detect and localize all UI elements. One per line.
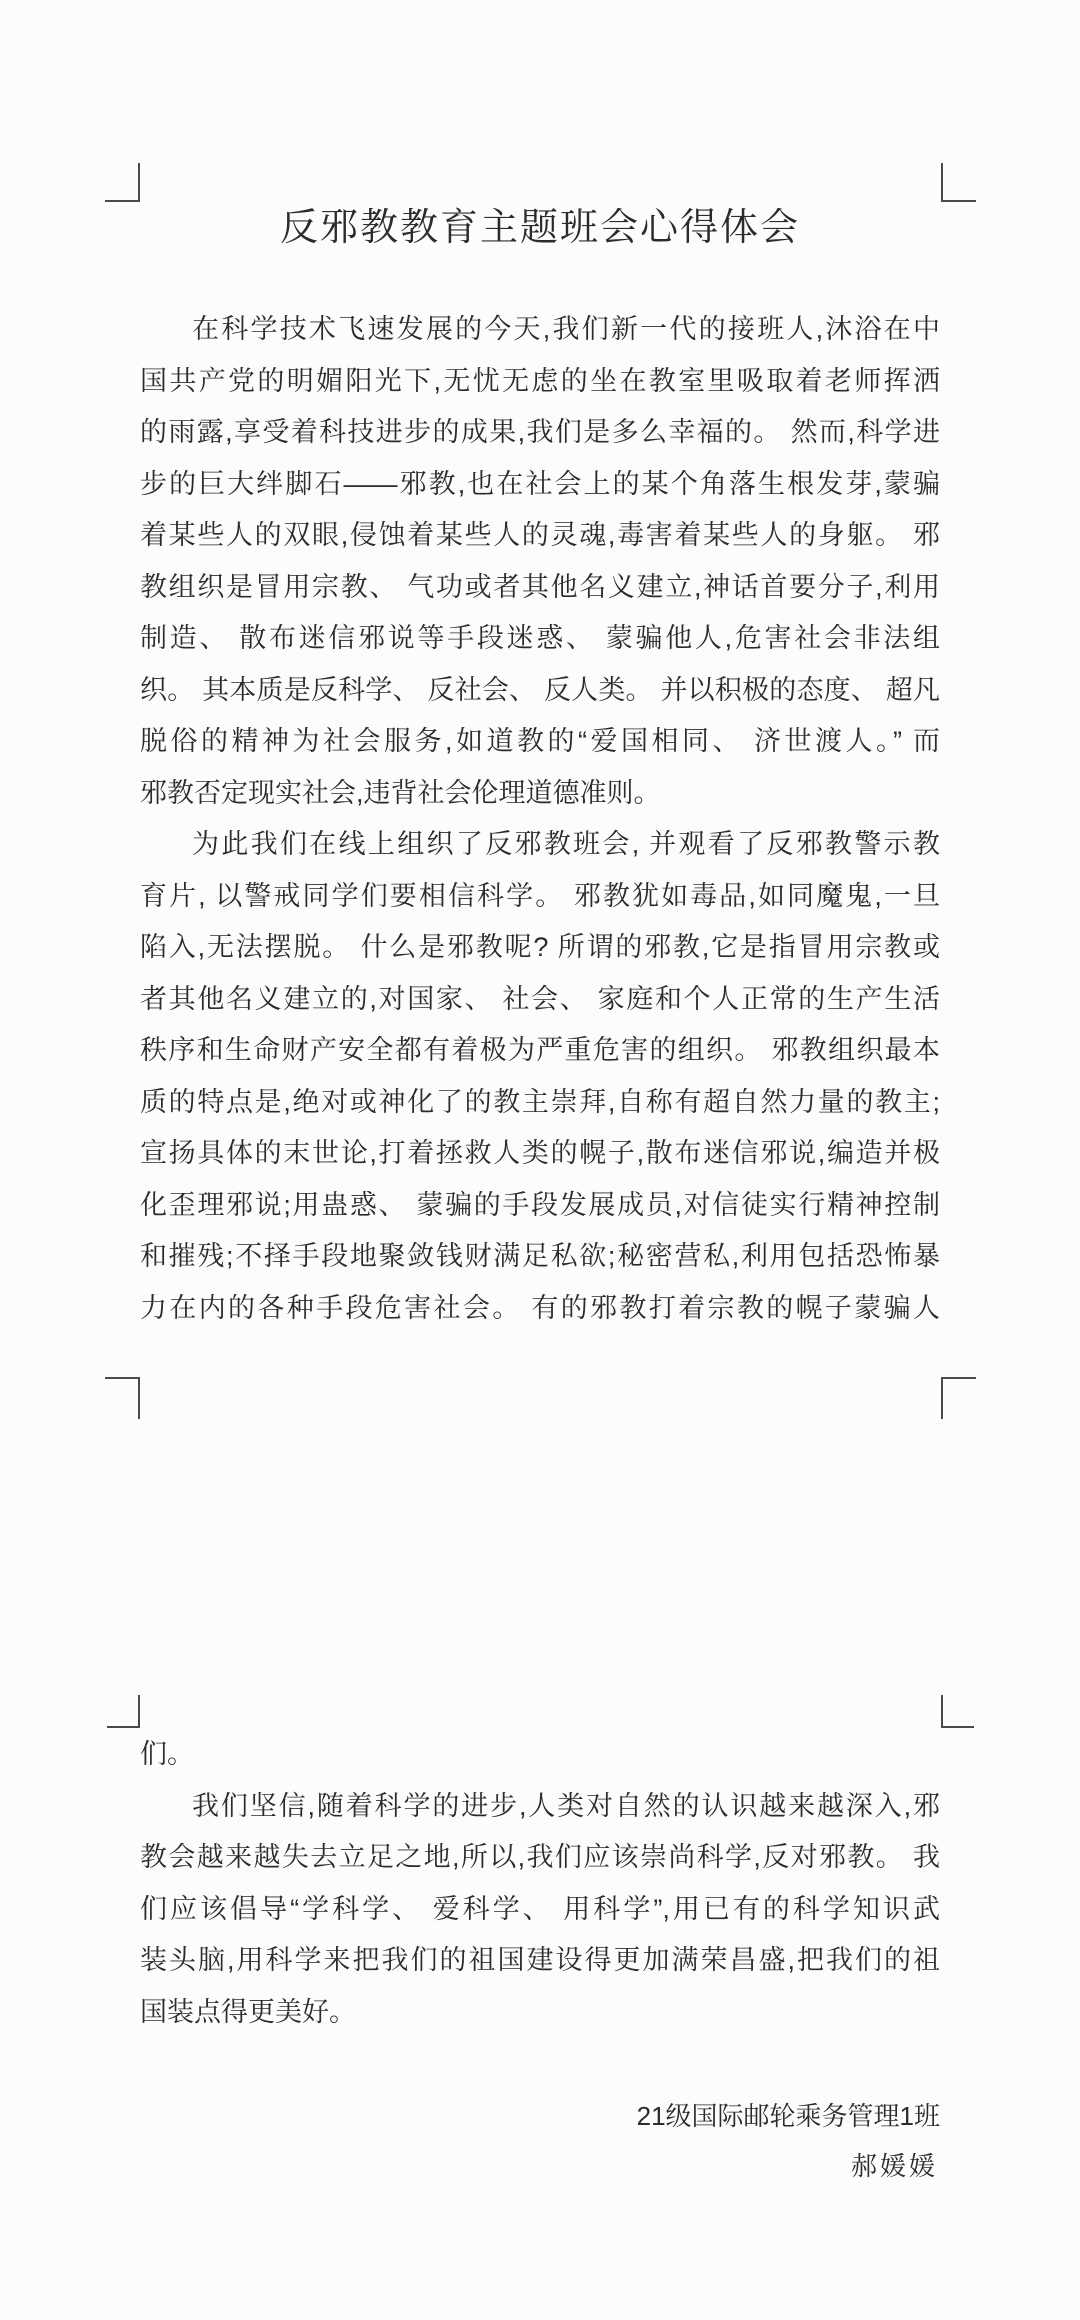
handwritten-text-line: 教组织是冒用宗教、 气功或者其他名义建立,神话首要分子,利用 <box>140 562 940 614</box>
handwritten-text-line: 化歪理邪说;用蛊惑、 蒙骗的手段发展成员,对信徒实行精神控制 <box>140 1180 940 1232</box>
class-signature: 21级国际邮轮乘务管理1班 <box>140 2091 940 2141</box>
handwritten-text-line: 我们坚信,随着科学的进步,人类对自然的认识越来越深入,邪 <box>140 1781 940 1833</box>
handwritten-text-line: 者其他名义建立的,对国家、 社会、 家庭和个人正常的生产生活 <box>140 974 940 1026</box>
signature-block: 21级国际邮轮乘务管理1班 郝媛媛 <box>140 2091 940 2191</box>
handwritten-text-line: 的雨露,享受着科技进步的成果,我们是多么幸福的。 然而,科学进 <box>140 407 940 459</box>
crop-mark-page2-top-left <box>107 1695 140 1728</box>
handwritten-text-line: 宣扬具体的末世论,打着拯救人类的幌子,散布迷信邪说,编造并极 <box>140 1128 940 1180</box>
handwritten-text-line: 们。 <box>140 1729 940 1781</box>
handwritten-text-line: 育片, 以警戒同学们要相信科学。 邪教犹如毒品,如同魔鬼,一旦 <box>140 871 940 923</box>
handwritten-text-line: 制造、 散布迷信邪说等手段迷惑、 蒙骗他人,危害社会非法组 <box>140 613 940 665</box>
handwritten-text-line: 教会越来越失去立足之地,所以,我们应该崇尚科学,反对邪教。 我 <box>140 1832 940 1884</box>
handwritten-text-line: 们应该倡导“学科学、 爱科学、 用科学”,用已有的科学知识武 <box>140 1884 940 1936</box>
scanned-document-page: 反邪教教育主题班会心得体会 在科学技术飞速发展的今天,我们新一代的接班人,沐浴在… <box>0 0 1080 2320</box>
crop-mark-page1-bottom-right <box>941 1377 976 1419</box>
crop-mark-page2-top-right <box>941 1695 974 1728</box>
handwritten-text-line: 步的巨大绊脚石——邪教,也在社会上的某个角落生根发芽,蒙骗 <box>140 459 940 511</box>
handwritten-text-line: 邪教否定现实社会,违背社会伦理道德准则。 <box>140 768 940 820</box>
handwritten-text-line: 在科学技术飞速发展的今天,我们新一代的接班人,沐浴在中 <box>140 304 940 356</box>
handwritten-text-line: 国装点得更美好。 <box>140 1987 940 2039</box>
handwritten-text-line: 为此我们在线上组织了反邪教班会, 并观看了反邪教警示教 <box>140 819 940 871</box>
page2-text-block: 们。我们坚信,随着科学的进步,人类对自然的认识越来越深入,邪教会越来越失去立足之… <box>140 1729 940 2038</box>
handwritten-text-line: 国共产党的明媚阳光下,无忧无虑的坐在教室里吸取着老师挥洒 <box>140 356 940 408</box>
handwritten-text-line: 质的特点是,绝对或神化了的教主崇拜,自称有超自然力量的教主; <box>140 1077 940 1129</box>
handwritten-text-line: 秩序和生命财产安全都有着极为严重危害的组织。 邪教组织最本 <box>140 1025 940 1077</box>
handwritten-text-line: 力在内的各种手段危害社会。 有的邪教打着宗教的幌子蒙骗人 <box>140 1283 940 1335</box>
handwritten-text-line: 脱俗的精神为社会服务,如道教的“爱国相同、 济世渡人。” 而 <box>140 716 940 768</box>
handwritten-text-line: 和摧残;不择手段地聚敛钱财满足私欲;秘密营私,利用包括恐怖暴 <box>140 1231 940 1283</box>
crop-mark-page1-bottom-left <box>105 1377 140 1419</box>
handwritten-text-line: 织。 其本质是反科学、 反社会、 反人类。 并以积极的态度、 超凡 <box>140 665 940 717</box>
author-signature: 郝媛媛 <box>140 2141 940 2191</box>
essay-title: 反邪教教育主题班会心得体会 <box>0 196 1080 251</box>
handwritten-text-line: 着某些人的双眼,侵蚀着某些人的灵魂,毒害着某些人的身躯。 邪 <box>140 510 940 562</box>
handwritten-text-line: 陷入,无法摆脱。 什么是邪教呢? 所谓的邪教,它是指冒用宗教或 <box>140 922 940 974</box>
page1-text-block: 在科学技术飞速发展的今天,我们新一代的接班人,沐浴在中国共产党的明媚阳光下,无忧… <box>140 304 940 1334</box>
handwritten-text-line: 装头脑,用科学来把我们的祖国建设得更加满荣昌盛,把我们的祖 <box>140 1935 940 1987</box>
